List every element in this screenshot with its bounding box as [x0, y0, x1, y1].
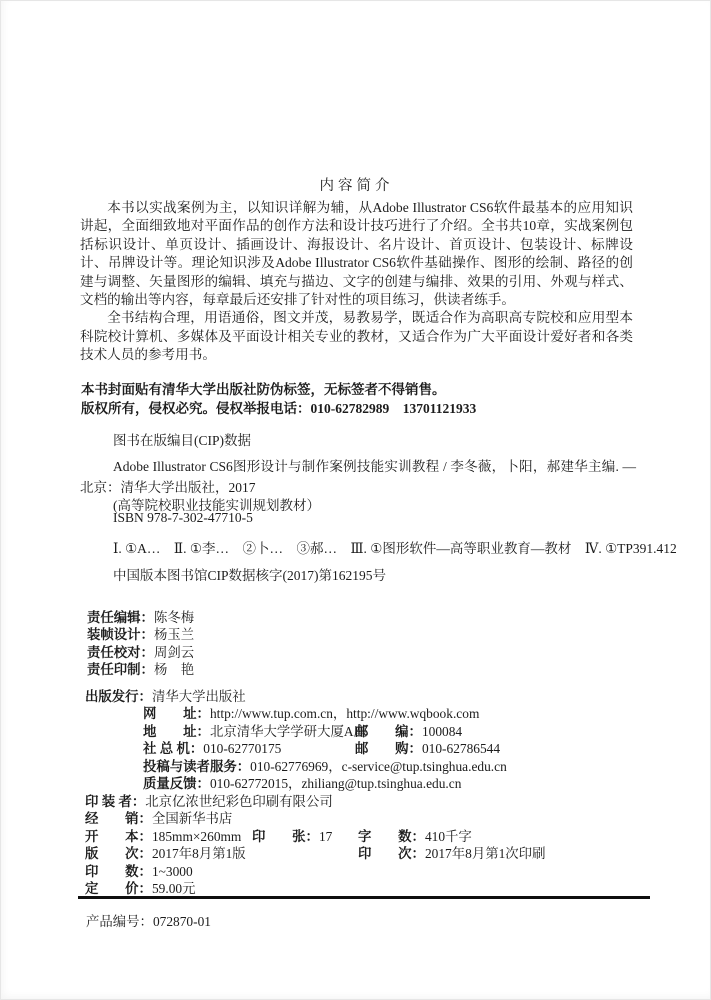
- copyright-notice: 本书封面贴有清华大学出版社防伪标签，无标签者不得销售。 版权所有，侵权必究。侵权…: [81, 381, 646, 418]
- rights-warning-line: 版权所有，侵权必究。侵权举报电话：010-62782989 1370112193…: [81, 400, 646, 419]
- format-value: 185mm×260mm: [152, 829, 241, 844]
- website-label: 网 址：: [143, 706, 210, 721]
- edition-label: 版 次：: [85, 846, 152, 861]
- staff-value: 杨玉兰: [154, 627, 194, 642]
- divider-rule: [78, 896, 650, 899]
- staff-row: 责任印制：杨 艳: [87, 661, 194, 678]
- switchboard-row: 社 总 机：010-62770175 邮 购：010-62786544: [85, 740, 655, 757]
- intro-body: 本书以实战案例为主，以知识详解为辅，从Adobe Illustrator CS6…: [80, 199, 633, 365]
- edition-row: 版 次：2017年8月第1版 印 次：2017年8月第1次印刷: [85, 845, 655, 862]
- staff-value: 陈冬梅: [154, 610, 194, 625]
- cip-heading: 图书在版编目(CIP)数据: [113, 429, 251, 449]
- staff-label: 责任校对：: [87, 645, 154, 660]
- printrun-value: 1~3000: [152, 864, 193, 879]
- staff-label: 责任印制：: [87, 662, 154, 677]
- intro-heading: 内容简介: [80, 174, 633, 195]
- staff-row: 责任校对：周剑云: [87, 644, 194, 661]
- postcode-cell: 邮 编：100084: [355, 723, 462, 740]
- reader-service-value: 010-62776969，c-service@tup.tsinghua.edu.…: [250, 759, 507, 774]
- distributor-label: 经 销：: [85, 811, 152, 826]
- staff-value: 周剑云: [154, 645, 194, 660]
- format-row: 开 本：185mm×260mm 印 张：17 字 数：410千字: [85, 828, 655, 845]
- quality-feedback-value: 010-62772015，zhiliang@tup.tsinghua.edu.c…: [210, 776, 461, 791]
- switchboard-value: 010-62770175: [203, 741, 281, 756]
- wordcount-label: 字 数：: [358, 829, 425, 844]
- publisher-value: 清华大学出版社: [152, 689, 246, 704]
- impression-cell: 印 次：2017年8月第1次印刷: [358, 845, 545, 862]
- staff-row: 装帧设计：杨玉兰: [87, 626, 194, 643]
- product-number-line: 产品编号：072870-01: [86, 911, 211, 930]
- staff-row: 责任编辑：陈冬梅: [87, 609, 194, 626]
- anti-counterfeit-line: 本书封面贴有清华大学出版社防伪标签，无标签者不得销售。: [81, 381, 646, 400]
- reader-service-label: 投稿与读者服务：: [143, 759, 250, 774]
- printer-row: 印 装 者：北京亿浓世纪彩色印刷有限公司: [85, 793, 655, 810]
- switchboard-label: 社 总 机：: [143, 741, 203, 756]
- price-row: 定 价：59.00元: [85, 880, 655, 897]
- impression-label: 印 次：: [358, 846, 425, 861]
- product-number-label: 产品编号：: [86, 914, 153, 929]
- printrun-label: 印 数：: [85, 864, 152, 879]
- staff-value: 杨 艳: [154, 662, 194, 677]
- editorial-staff: 责任编辑：陈冬梅 装帧设计：杨玉兰 责任校对：周剑云 责任印制：杨 艳: [87, 609, 194, 678]
- edition-value: 2017年8月第1版: [152, 846, 246, 861]
- cip-record-number: 中国版本图书馆CIP数据核字(2017)第162195号: [113, 564, 386, 584]
- cip-isbn: ISBN 978-7-302-47710-5: [113, 510, 253, 526]
- mailorder-label: 邮 购：: [355, 741, 422, 756]
- copyright-page: 内容简介 本书以实战案例为主，以知识详解为辅，从Adobe Illustrato…: [0, 0, 711, 1000]
- staff-label: 装帧设计：: [87, 627, 154, 642]
- printrun-row: 印 数：1~3000: [85, 863, 655, 880]
- reader-service-row: 投稿与读者服务：010-62776969，c-service@tup.tsing…: [85, 758, 655, 775]
- publisher-label: 出版发行：: [85, 689, 152, 704]
- printer-value: 北京亿浓世纪彩色印刷有限公司: [145, 794, 332, 809]
- product-number-value: 072870-01: [153, 914, 211, 929]
- sheets-cell: 印 张：17: [252, 828, 332, 845]
- website-value: http://www.tup.com.cn，http://www.wqbook.…: [210, 706, 479, 721]
- price-label: 定 价：: [85, 881, 152, 896]
- printer-label: 印 装 者：: [85, 794, 145, 809]
- sheets-value: 17: [319, 829, 332, 844]
- intro-paragraph: 全书结构合理，用语通俗，图文并茂，易教易学，既适合作为高职高专院校和应用型本科院…: [80, 309, 633, 364]
- website-row: 网 址：http://www.tup.com.cn，http://www.wqb…: [85, 705, 655, 722]
- format-label: 开 本：: [85, 829, 152, 844]
- postcode-label: 邮 编：: [355, 724, 422, 739]
- mailorder-cell: 邮 购：010-62786544: [355, 740, 500, 757]
- wordcount-value: 410千字: [425, 829, 472, 844]
- wordcount-cell: 字 数：410千字: [358, 828, 472, 845]
- address-label: 地 址：: [143, 724, 210, 739]
- publisher-row: 出版发行：清华大学出版社: [85, 688, 655, 705]
- distributor-value: 全国新华书店: [152, 811, 232, 826]
- mailorder-value: 010-62786544: [422, 741, 500, 756]
- intro-paragraph: 本书以实战案例为主，以知识详解为辅，从Adobe Illustrator CS6…: [80, 199, 633, 309]
- price-value: 59.00元: [152, 881, 196, 896]
- impression-value: 2017年8月第1次印刷: [425, 846, 546, 861]
- address-value: 北京清华大学学研大厦A座: [210, 724, 367, 739]
- postcode-value: 100084: [422, 724, 462, 739]
- cip-classification: Ⅰ. ①A… Ⅱ. ①李… ②卜… ③郝… Ⅲ. ①图形软件—高等职业教育—教材…: [113, 537, 677, 557]
- address-row: 地 址：北京清华大学学研大厦A座 邮 编：100084: [85, 723, 655, 740]
- staff-label: 责任编辑：: [87, 610, 154, 625]
- cip-entry: Adobe Illustrator CS6图形设计与制作案例技能实训教程 / 李…: [80, 457, 636, 498]
- quality-feedback-label: 质量反馈：: [143, 776, 210, 791]
- publishing-info: 出版发行：清华大学出版社 网 址：http://www.tup.com.cn，h…: [85, 688, 655, 897]
- quality-feedback-row: 质量反馈：010-62772015，zhiliang@tup.tsinghua.…: [85, 775, 655, 792]
- distributor-row: 经 销：全国新华书店: [85, 810, 655, 827]
- sheets-label: 印 张：: [252, 829, 319, 844]
